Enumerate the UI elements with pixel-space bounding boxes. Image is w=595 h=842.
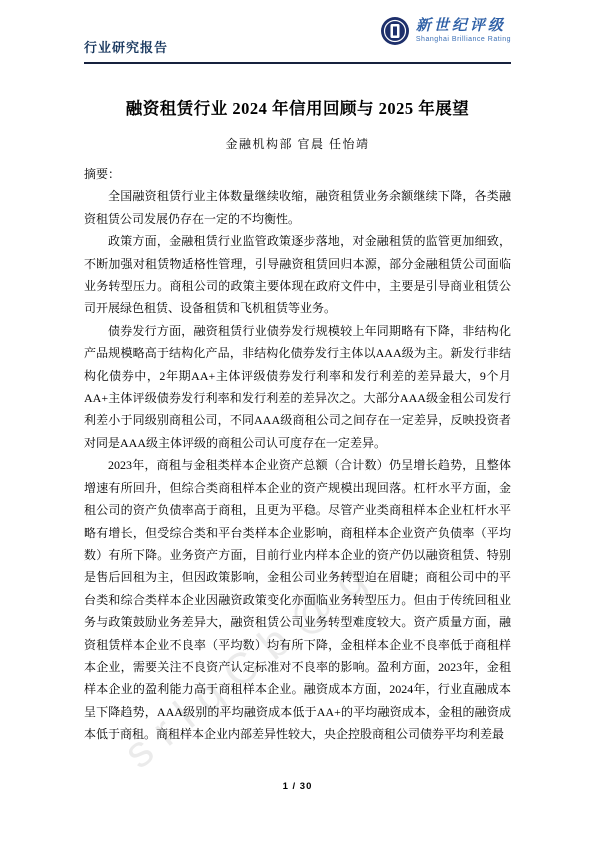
logo-text: 新世纪评级 Shanghai Brilliance Rating <box>416 18 511 43</box>
rating-agency-seal-icon <box>380 16 410 46</box>
document-title: 融资租赁行业 2024 年信用回顾与 2025 年展望 <box>0 95 595 119</box>
document-authors: 金融机构部 官晨 任怡靖 <box>0 135 595 152</box>
abstract-paragraph: 2023年，商租与金租类样本企业资产总额（合计数）仍呈增长趋势，且整体增速有所回… <box>84 454 511 745</box>
document-page: srlgCb@g 行业研究报告 新世纪评级 Shanghai Brillianc… <box>0 0 595 842</box>
abstract-paragraph: 全国融资租赁行业主体数量继续收缩，融资租赁业务余额继续下降，各类融资租赁公司发展… <box>84 185 511 230</box>
abstract-paragraph: 债券发行方面，融资租赁行业债券发行规模较上年同期略有下降，非结构化产品规模略高于… <box>84 320 511 454</box>
page-number: 1 / 30 <box>283 781 313 792</box>
logo-name-cn: 新世纪评级 <box>416 18 511 35</box>
logo-name-en: Shanghai Brilliance Rating <box>416 36 511 44</box>
report-type-label: 行业研究报告 <box>84 37 168 56</box>
abstract-label: 摘要： <box>84 163 511 185</box>
page-footer: 1 / 30 <box>0 776 595 794</box>
abstract-section: 摘要： 全国融资租赁行业主体数量继续收缩，融资租赁业务余额继续下降，各类融资租赁… <box>84 163 511 772</box>
company-logo: 新世纪评级 Shanghai Brilliance Rating <box>380 16 511 46</box>
page-header: 行业研究报告 新世纪评级 Shanghai Brilliance Rating <box>84 14 511 64</box>
abstract-paragraph: 政策方面，金融租赁行业监管政策逐步落地，对金融租赁的监管更加细致，不断加强对租赁… <box>84 230 511 320</box>
